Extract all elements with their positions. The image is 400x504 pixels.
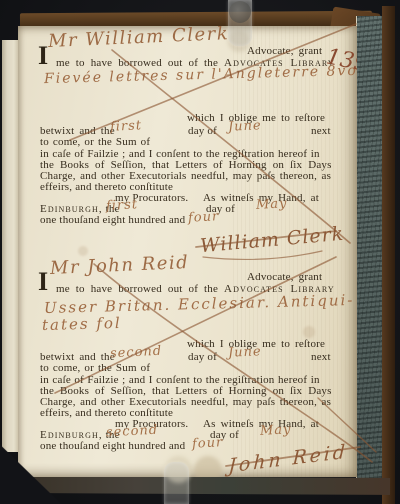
day-of-label: day of [188, 351, 217, 363]
ledger-page: 139. I Mr William Clerk Advocate, grant … [18, 26, 357, 477]
sum-clause: to come, or the Sum of [40, 362, 150, 374]
borrower-name-handwritten: Mr William Clerk [48, 26, 230, 52]
paper-stain [194, 456, 222, 477]
printed-initial: I [38, 41, 48, 71]
return-month-handwritten: June [228, 344, 262, 361]
fore-edge-marbling [356, 16, 385, 484]
facing-page-edge [2, 40, 19, 452]
sign-month-handwritten: May [260, 422, 292, 439]
foxing-spot [303, 326, 315, 338]
borrower-name-handwritten: Mr John Reid [50, 252, 190, 279]
sum-clause: to come, or the Sum of [40, 136, 150, 148]
return-month-handwritten: June [228, 118, 262, 135]
next-label: next [311, 125, 331, 137]
printed-initial: I [38, 267, 48, 297]
bottom-binding-edge [28, 476, 390, 495]
next-label: next [311, 351, 331, 363]
return-day-handwritten: first [110, 118, 143, 135]
day-of-label: day of [188, 125, 217, 137]
advocate-grant-line: Advocate, grant [247, 271, 322, 283]
photo-corner-shadow [0, 444, 62, 504]
spine-edge [382, 6, 395, 504]
year-word-handwritten: four [188, 209, 220, 226]
year-word-handwritten: four [192, 435, 224, 452]
ledger-photo: 139. I Mr William Clerk Advocate, grant … [0, 0, 400, 504]
foxing-spot [78, 246, 88, 256]
sign-day-handwritten: second [106, 423, 159, 441]
mounting-clip [229, 1, 251, 23]
sign-day-handwritten: first [106, 197, 139, 214]
advocate-grant-line: Advocate, grant [247, 45, 322, 57]
year-line: one thouſand eight hundred and [40, 214, 185, 226]
return-day-handwritten: second [110, 344, 163, 362]
book-title-handwritten-line2: tates fol [42, 314, 122, 334]
borrow-line-prefix: me to have borrowed out of the [56, 283, 224, 295]
plastic-mounting-tab-bottom [164, 462, 189, 504]
sign-month-handwritten: May [256, 196, 288, 213]
